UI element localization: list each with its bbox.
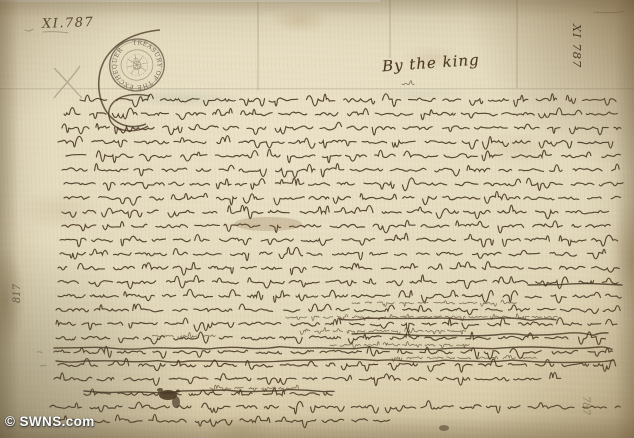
interlinear-insertion: [152, 332, 215, 339]
vertical-fold-crease: [257, 0, 259, 90]
agency-watermark: © SWNS.com: [5, 414, 95, 429]
folio-number-right-edge: XI 787: [570, 24, 584, 68]
manuscript-line: [58, 262, 619, 275]
manuscript-line: [56, 331, 606, 345]
strikethrough-line: [84, 390, 334, 393]
manuscript-line: [56, 304, 620, 315]
manuscript-line: [66, 149, 620, 162]
interlinear-insertion: [352, 300, 517, 307]
manuscript-line: [62, 220, 610, 233]
manuscript-line: [50, 401, 620, 414]
exchequer-stamp: TREASURY OF THE EXCHEQUER: [89, 19, 185, 110]
manuscript-line: [84, 388, 332, 395]
interlinear-insertion: [402, 81, 414, 85]
strikethrough-line: [340, 318, 556, 320]
pencil-mark: [40, 365, 46, 366]
manuscript-line: [58, 289, 621, 303]
strikethrough-line: [54, 347, 612, 350]
interlinear-insertion: [392, 355, 536, 361]
manuscript-line: [60, 247, 605, 260]
photo-edge-sliver: [0, 0, 380, 2]
manuscript-line: [60, 233, 618, 247]
ink-blot: [176, 390, 180, 393]
manuscript-line: [62, 205, 608, 218]
ink-blot: [172, 396, 180, 408]
strikethrough-line: [528, 284, 622, 285]
manuscript-line: [56, 318, 617, 332]
manuscript-line: [58, 136, 613, 149]
letter-heading: By the king: [381, 51, 480, 76]
pencil-mark: [594, 12, 624, 13]
stamp-rosette-device: [124, 52, 149, 77]
ink-blot: [439, 425, 449, 431]
manuscript-line: [62, 122, 621, 135]
strikethrough-line: [352, 333, 608, 336]
pencil-mark: [25, 29, 33, 31]
pencil-mark: [37, 352, 42, 353]
folio-number-bottom-right: 787: [580, 396, 591, 415]
vertical-fold-crease: [516, 0, 518, 88]
horizontal-fold-crease: [0, 88, 634, 91]
strikethrough-line: [56, 359, 614, 362]
pencil-x-mark: [54, 66, 82, 98]
interlinear-insertion: [286, 314, 557, 321]
ink-blot: [159, 390, 177, 400]
manuscript-line: [58, 359, 616, 373]
manuscript-line: [54, 372, 561, 385]
manuscript-line: [62, 164, 619, 178]
manuscript-line: [48, 414, 390, 427]
interlinear-insertion: [210, 385, 298, 392]
interlinear-insertion: [330, 342, 469, 349]
manuscript-line: [64, 178, 623, 191]
vertical-fold-crease: [389, 0, 391, 58]
folio-number-left-edge: 817: [12, 284, 23, 303]
archival-folio-number: XI.787: [42, 15, 95, 32]
manuscript-line: [64, 108, 617, 120]
ink-blot: [157, 388, 163, 392]
interlinear-insertion: [300, 328, 466, 335]
manuscript-line: [54, 346, 612, 359]
manuscript-photo: TREASURY OF THE EXCHEQUER XI.787 By the …: [0, 0, 634, 438]
ink-blot: [234, 217, 302, 231]
manuscript-line: [64, 191, 620, 205]
manuscript-line: [58, 275, 618, 289]
